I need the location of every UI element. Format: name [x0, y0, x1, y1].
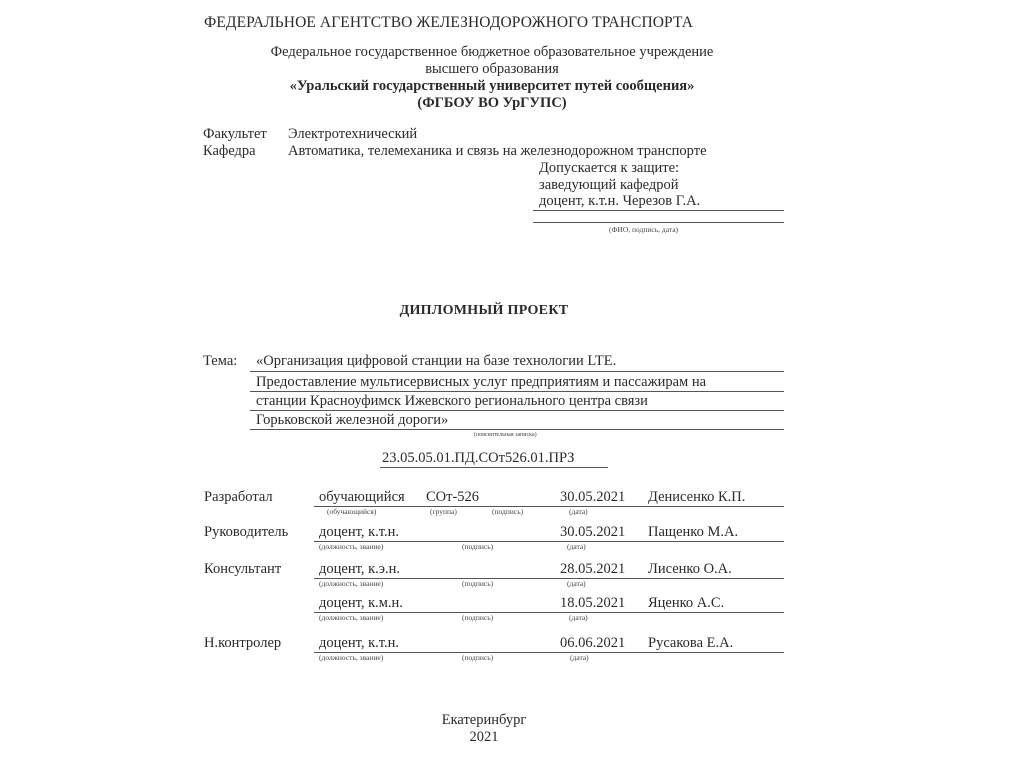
signature-role: Н.контролер: [204, 635, 281, 652]
signature-caption: (дата): [570, 653, 589, 662]
signature-role: Руководитель: [204, 524, 288, 541]
topic-line-2: Предоставление мультисервисных услуг пре…: [256, 374, 706, 391]
admission-line1: Допускается к защите:: [539, 160, 679, 177]
faculty-label: Факультет: [203, 126, 267, 143]
signature-underline: [314, 578, 784, 579]
topic-underline-3: [250, 410, 784, 411]
signature-date: 30.05.2021: [560, 524, 625, 541]
signature-caption: (дата): [567, 579, 586, 588]
topic-caption: (пояснительная записка): [474, 432, 537, 438]
signature-date: 06.06.2021: [560, 635, 625, 652]
signature-group: СОт-526: [426, 489, 479, 506]
topic-underline-2: [250, 391, 784, 392]
topic-label: Тема:: [203, 353, 237, 370]
signature-caption: (должность, звание): [319, 613, 383, 622]
university-abbreviation: (ФГБОУ ВО УрГУПС): [0, 95, 1004, 112]
signature-underline: [314, 612, 784, 613]
signature-role: Разработал: [204, 489, 273, 506]
signature-caption: (подпись): [462, 653, 493, 662]
signature-caption: (дата): [569, 507, 588, 516]
institution-type-line2: высшего образования: [0, 61, 1004, 78]
signature-date: 30.05.2021: [560, 489, 625, 506]
admission-line3: доцент, к.т.н. Черезов Г.А.: [539, 193, 700, 210]
year: 2021: [0, 729, 996, 746]
signature-caption: (обучающийся): [327, 507, 376, 516]
signature-caption: (подпись): [462, 542, 493, 551]
topic-underline-1: [250, 371, 784, 372]
signature-underline: [314, 652, 784, 653]
signature-caption: (подпись): [462, 579, 493, 588]
signature-name: Яценко А.С.: [648, 595, 724, 612]
signature-date: 18.05.2021: [560, 595, 625, 612]
department-value: Автоматика, телемеханика и связь на желе…: [288, 143, 707, 160]
signature-caption: (группа): [430, 507, 457, 516]
department-label: Кафедра: [203, 143, 256, 160]
signature-caption: (должность, звание): [319, 579, 383, 588]
signature-name: Пащенко М.А.: [648, 524, 738, 541]
admission-line2: заведующий кафедрой: [539, 177, 678, 194]
signature-caption: (должность, звание): [319, 653, 383, 662]
signature-position: доцент, к.т.н.: [319, 524, 399, 541]
topic-underline-4: [250, 429, 784, 430]
signature-name: Русакова Е.А.: [648, 635, 733, 652]
signature-position: доцент, к.т.н.: [319, 635, 399, 652]
university-name: «Уральский государственный университет п…: [0, 78, 1004, 95]
signature-underline: [314, 541, 784, 542]
faculty-value: Электротехнический: [288, 126, 417, 143]
signature-caption: (подпись): [462, 613, 493, 622]
institution-type-line1: Федеральное государственное бюджетное об…: [0, 44, 1004, 61]
signature-position: обучающийся: [319, 489, 405, 506]
city: Екатеринбург: [0, 712, 996, 729]
signature-date: 28.05.2021: [560, 561, 625, 578]
admission-underline: [533, 210, 784, 211]
admission-caption: (ФИО, подпись, дата): [609, 225, 678, 234]
signature-name: Денисенко К.П.: [648, 489, 745, 506]
topic-line-1: «Организация цифровой станции на базе те…: [256, 353, 616, 370]
signature-role: Консультант: [204, 561, 281, 578]
signature-caption: (дата): [567, 542, 586, 551]
signature-position: доцент, к.м.н.: [319, 595, 403, 612]
signature-caption: (подпись): [492, 507, 523, 516]
admission-signature-line: [533, 222, 784, 223]
signature-caption: (должность, звание): [319, 542, 383, 551]
signature-name: Лисенко О.А.: [648, 561, 732, 578]
document-code: 23.05.05.01.ПД.СОт526.01.ПРЗ: [382, 450, 574, 467]
signature-position: доцент, к.э.н.: [319, 561, 400, 578]
topic-line-3: станции Красноуфимск Ижевского региональ…: [256, 393, 648, 410]
document-code-underline: [380, 467, 608, 468]
signature-caption: (дата): [569, 613, 588, 622]
document-title: ДИПЛОМНЫЙ ПРОЕКТ: [0, 303, 996, 319]
topic-line-4: Горьковской железной дороги»: [256, 412, 448, 429]
agency-name: ФЕДЕРАЛЬНОЕ АГЕНТСТВО ЖЕЛЕЗНОДОРОЖНОГО Т…: [204, 14, 693, 32]
signature-underline: [314, 506, 784, 507]
